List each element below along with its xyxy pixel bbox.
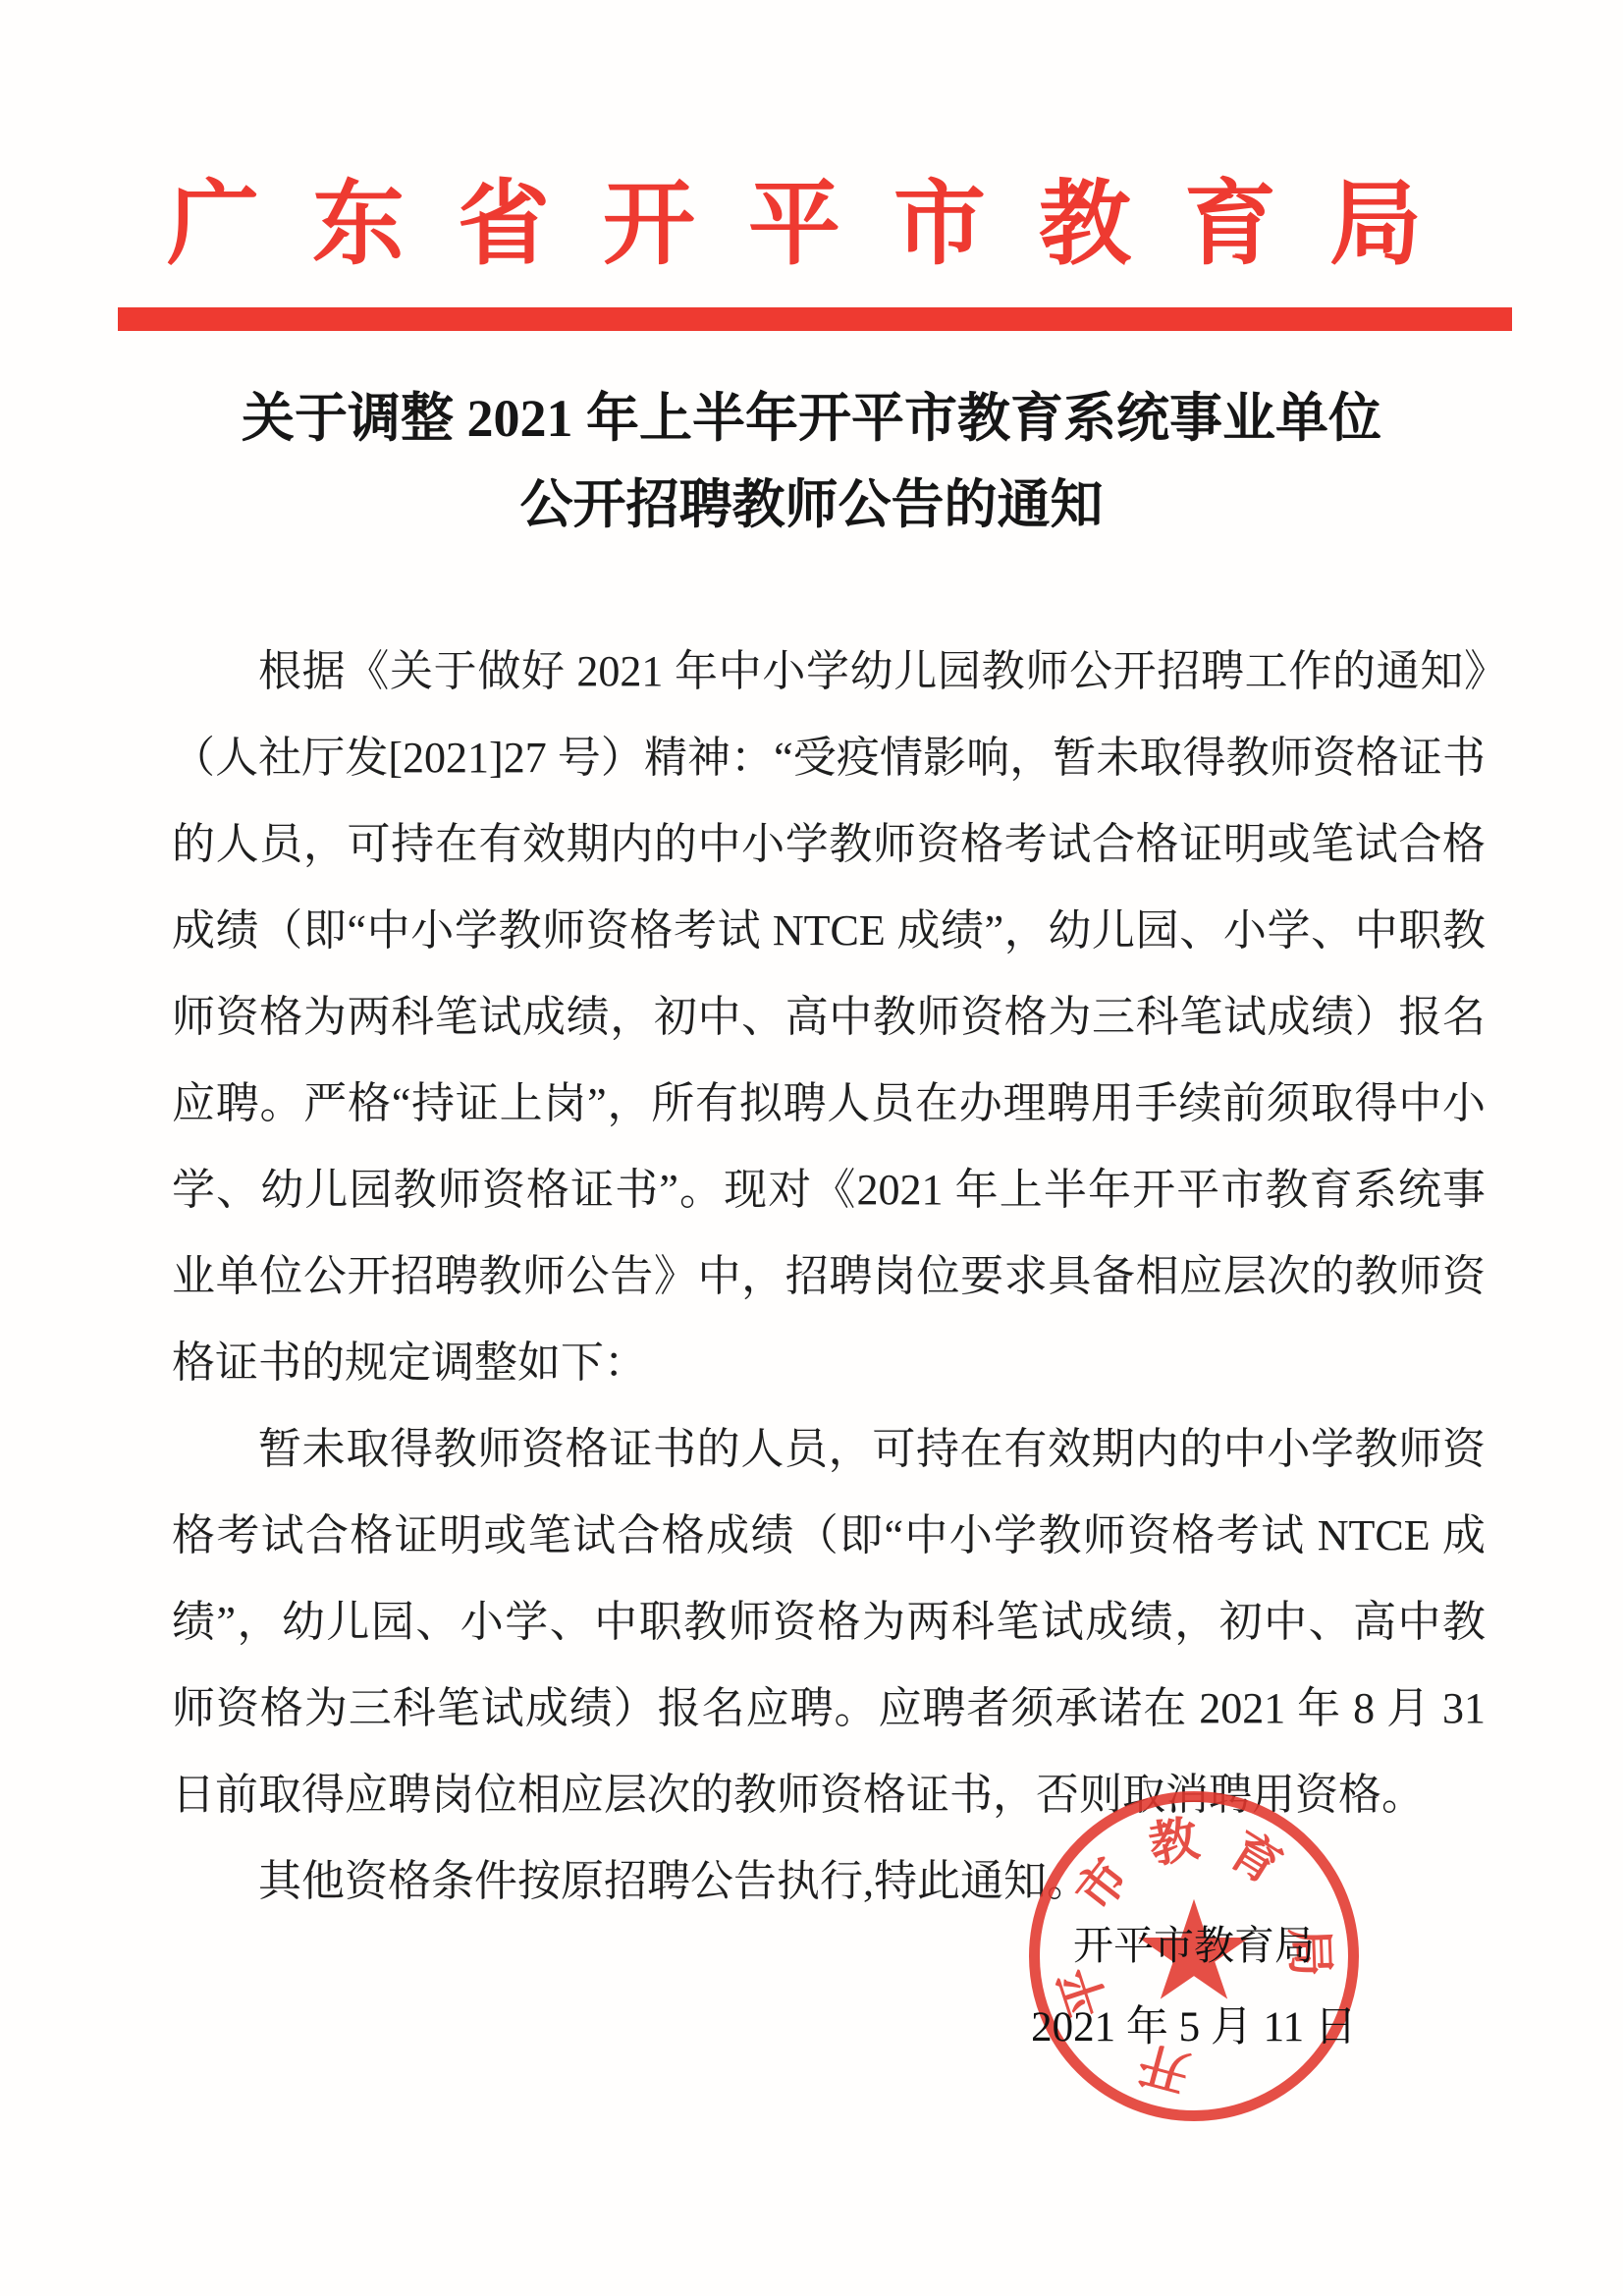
document-title-line2: 公开招聘教师公告的通知: [0, 462, 1623, 548]
official-document-page: 广东省开平市教育局 关于调整 2021 年上半年开平市教育系统事业单位 公开招聘…: [0, 0, 1623, 2296]
signature-date: 2021 年 5 月 11 日: [1009, 1994, 1379, 2053]
document-title: 关于调整 2021 年上半年开平市教育系统事业单位 公开招聘教师公告的通知: [0, 375, 1623, 548]
letterhead-agency-name: 广东省开平市教育局: [167, 175, 1542, 276]
body-paragraph: 根据《关于做好 2021 年中小学幼儿园教师公开招聘工作的通知》（人社厅发[20…: [172, 629, 1486, 1406]
document-title-line1: 关于调整 2021 年上半年开平市教育系统事业单位: [0, 375, 1623, 462]
body-paragraph: 暂未取得教师资格证书的人员，可持在有效期内的中小学教师资格考试合格证明或笔试合格…: [172, 1406, 1486, 1838]
document-body: 根据《关于做好 2021 年中小学幼儿园教师公开招聘工作的通知》（人社厅发[20…: [172, 629, 1486, 1925]
letterhead-divider-rule: [118, 307, 1512, 331]
seal-ring-char: 教: [1144, 1813, 1203, 1872]
signature-agency-name: 开平市教育局: [1029, 1913, 1359, 1971]
